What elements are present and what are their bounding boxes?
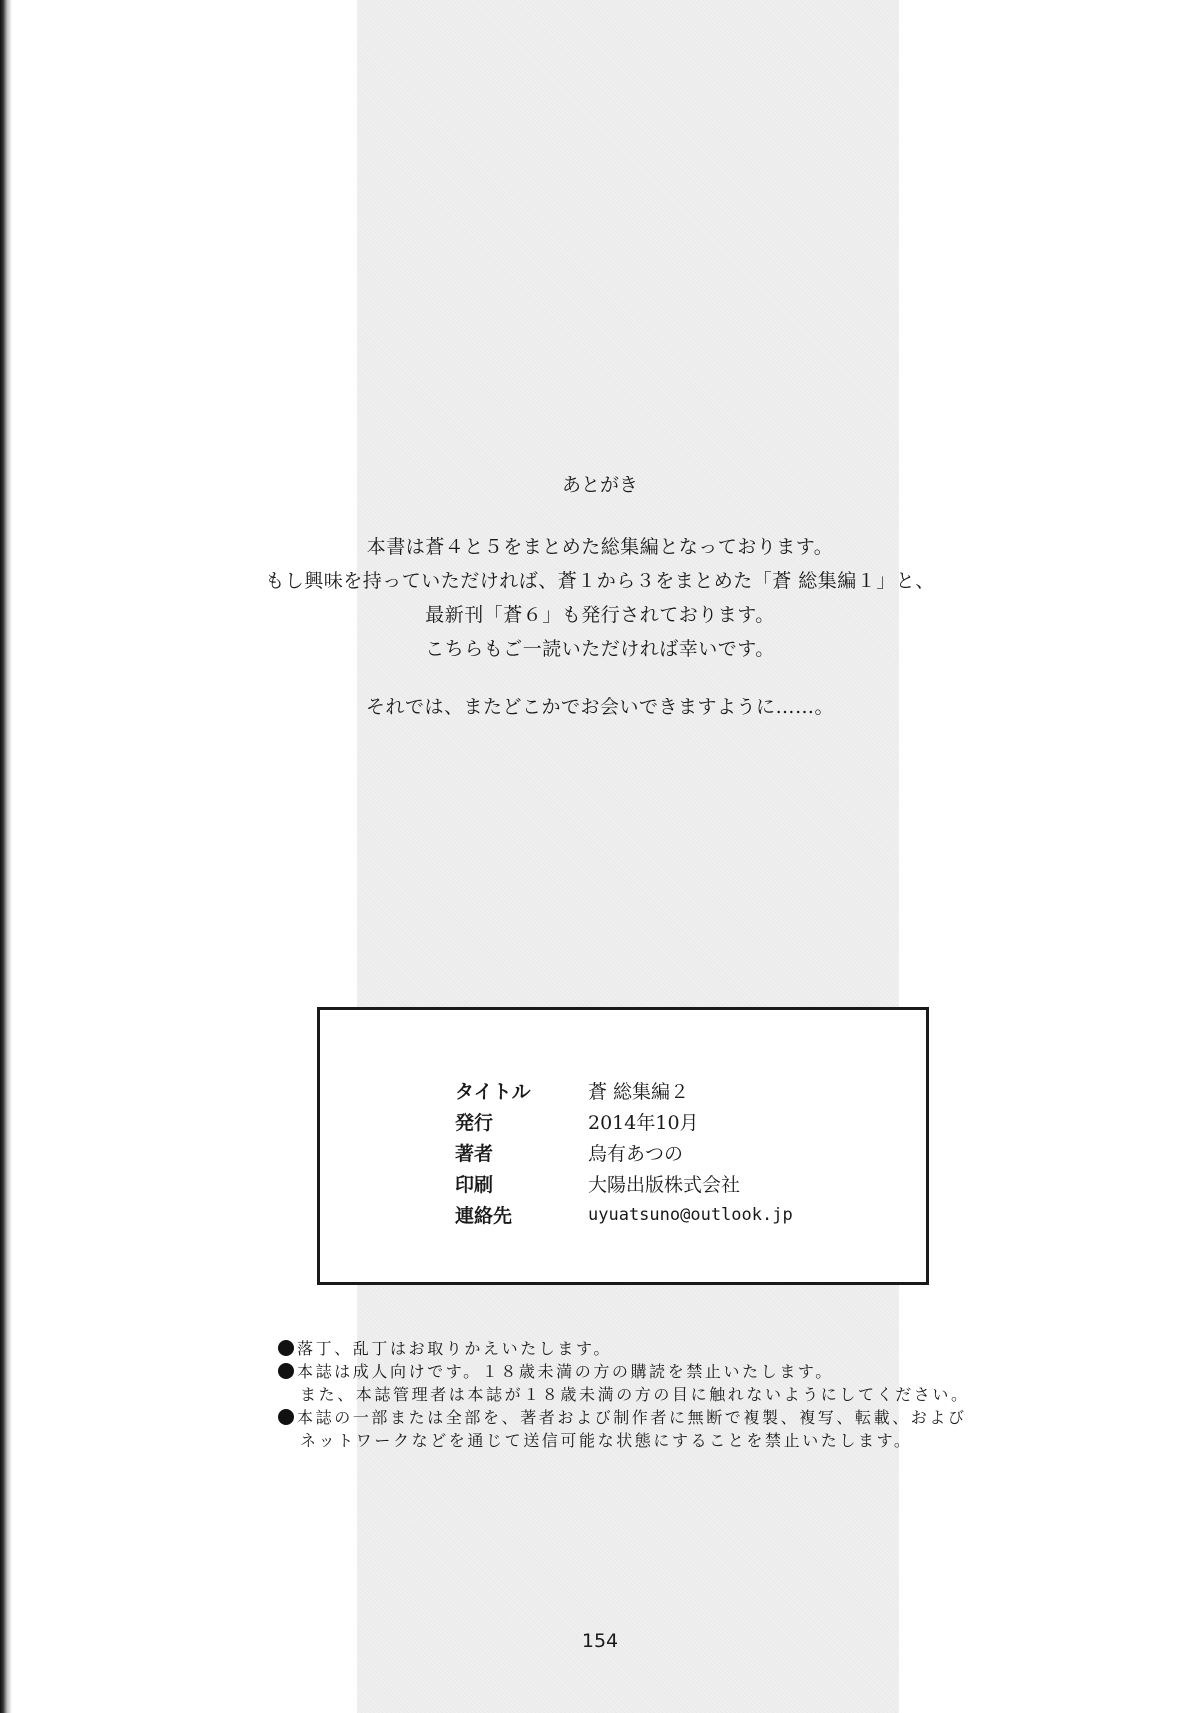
colophon-box: タイトル 蒼 総集編２ 発行 2014年10月 著者 烏有あつの 印刷 大陽出版…	[317, 1007, 929, 1285]
notice-item: 本誌の一部または全部を、著者および制作者に無断で複製、複写、転載、および	[278, 1406, 970, 1429]
scan-edge-shadow	[0, 0, 12, 1713]
afterword-closing: それでは、またどこかでお会いできますように……。	[0, 690, 1200, 724]
colophon-value: 大陽出版株式会社	[588, 1168, 793, 1199]
colophon-label: 発行	[455, 1106, 588, 1137]
colophon-row-printer: 印刷 大陽出版株式会社	[455, 1168, 793, 1199]
bullet-icon	[278, 1409, 294, 1425]
afterword-line: こちらもご一読いただければ幸いです。	[0, 632, 1200, 666]
notice-item: 本誌は成人向けです。１８歳未満の方の購読を禁止いたします。	[278, 1360, 970, 1383]
colophon-label: 連絡先	[455, 1199, 588, 1230]
colophon-row-published: 発行 2014年10月	[455, 1106, 793, 1137]
colophon-label: タイトル	[455, 1075, 588, 1106]
notice-continuation: また、本誌管理者は本誌が１８歳未満の方の目に触れないようにしてください。	[278, 1383, 970, 1406]
colophon-table: タイトル 蒼 総集編２ 発行 2014年10月 著者 烏有あつの 印刷 大陽出版…	[455, 1075, 793, 1230]
notice-continuation: ネットワークなどを通じて送信可能な状態にすることを禁止いたします。	[278, 1429, 970, 1452]
afterword-title: あとがき	[0, 470, 1200, 497]
contact-email: uyuatsuno@outlook.jp	[588, 1199, 793, 1230]
afterword-line: もし興味を持っていただければ、蒼１から３をまとめた「蒼 総集編１」と、	[0, 564, 1200, 598]
page-number: 154	[0, 1630, 1200, 1652]
afterword-line: 本書は蒼４と５をまとめた総集編となっております。	[0, 530, 1200, 564]
colophon-value: 2014年10月	[588, 1106, 793, 1137]
colophon-row-contact: 連絡先 uyuatsuno@outlook.jp	[455, 1199, 793, 1230]
bullet-icon	[278, 1363, 294, 1379]
colophon-value: 烏有あつの	[588, 1137, 793, 1168]
bullet-icon	[278, 1340, 294, 1356]
background-column	[357, 0, 899, 1713]
colophon-value: 蒼 総集編２	[588, 1075, 793, 1106]
legal-notices: 落丁、乱丁はお取りかえいたします。 本誌は成人向けです。１８歳未満の方の購読を禁…	[278, 1337, 970, 1452]
afterword-section: あとがき 本書は蒼４と５をまとめた総集編となっております。 もし興味を持っていた…	[0, 470, 1200, 724]
colophon-label: 著者	[455, 1137, 588, 1168]
colophon-row-author: 著者 烏有あつの	[455, 1137, 793, 1168]
notice-item: 落丁、乱丁はお取りかえいたします。	[278, 1337, 970, 1360]
afterword-line: 最新刊「蒼６」も発行されております。	[0, 598, 1200, 632]
colophon-row-title: タイトル 蒼 総集編２	[455, 1075, 793, 1106]
colophon-label: 印刷	[455, 1168, 588, 1199]
